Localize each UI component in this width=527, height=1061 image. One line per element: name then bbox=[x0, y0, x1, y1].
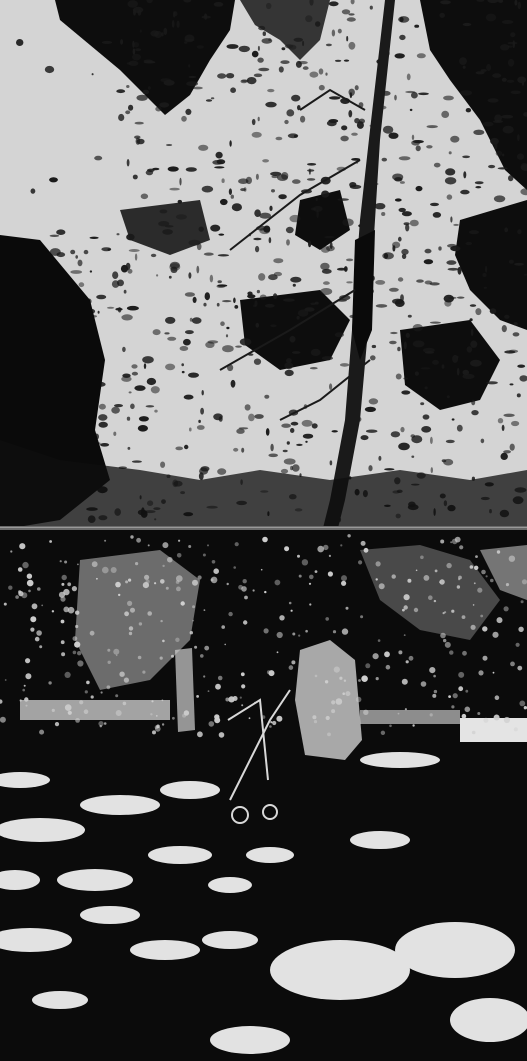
painting-artwork bbox=[0, 0, 527, 1061]
painting-canvas: Black-and-white diptych painting of tall… bbox=[0, 0, 527, 1061]
